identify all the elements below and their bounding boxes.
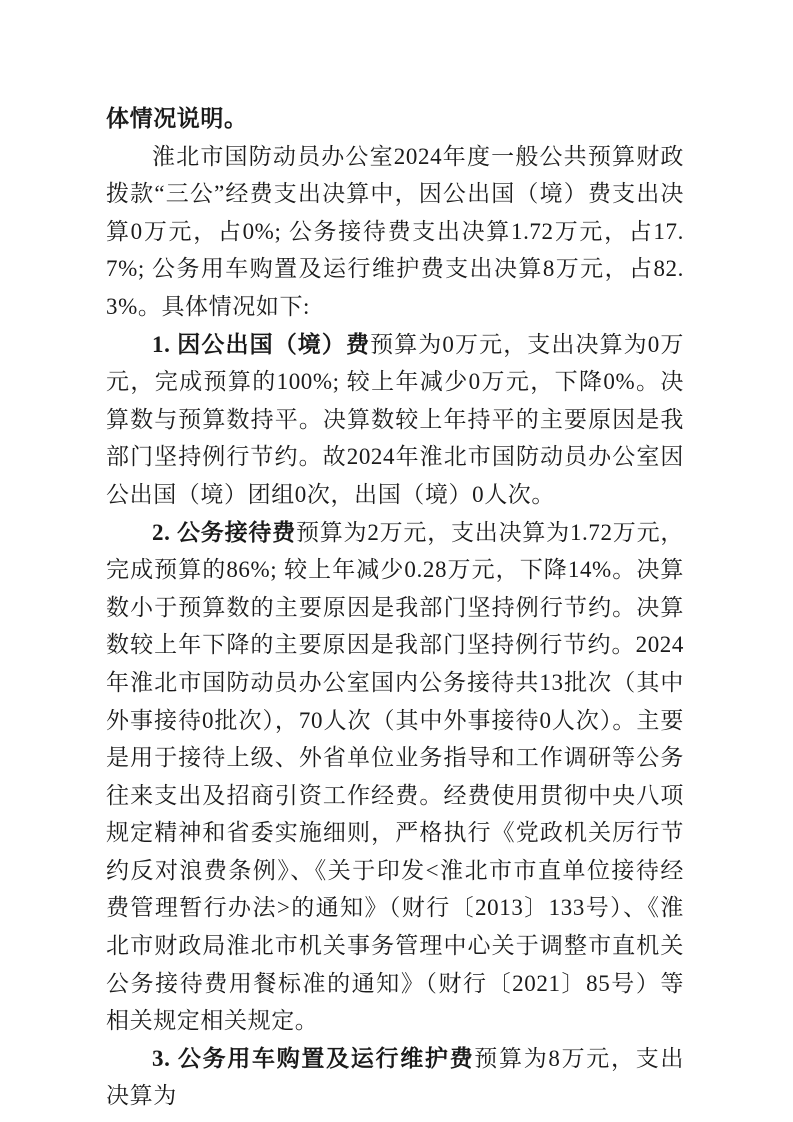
paragraph-item-3-vehicle-fee: 3. 公务用车购置及运行维护费预算为8万元，支出决算为 [106, 1040, 684, 1115]
paragraph-overview-text: 淮北市国防动员办公室2024年度一般公共预算财政拨款“三公”经费支出决算中，因公… [106, 144, 684, 319]
paragraph-item-2-lead: 2. 公务接待费 [152, 520, 296, 545]
section-heading-continuation: 体情况说明。 [106, 100, 684, 138]
paragraph-item-1-abroad-fee: 1. 因公出国（境）费预算为0万元，支出决算为0万元，完成预算的100%; 较上… [106, 326, 684, 514]
paragraph-item-3-lead: 3. 公务用车购置及运行维护费 [152, 1046, 474, 1071]
paragraph-item-1-lead: 1. 因公出国（境）费 [152, 332, 370, 357]
paragraph-overview: 淮北市国防动员办公室2024年度一般公共预算财政拨款“三公”经费支出决算中，因公… [106, 138, 684, 326]
paragraph-item-2-text: 预算为2万元，支出决算为1.72万元，完成预算的86%; 较上年减少0.28万元… [106, 520, 684, 1034]
paragraph-item-1-text: 预算为0万元，支出决算为0万元，完成预算的100%; 较上年减少0万元，下降0%… [106, 332, 684, 507]
document-page: 体情况说明。 淮北市国防动员办公室2024年度一般公共预算财政拨款“三公”经费支… [0, 0, 793, 1122]
document-body: 体情况说明。 淮北市国防动员办公室2024年度一般公共预算财政拨款“三公”经费支… [106, 100, 684, 1115]
paragraph-item-2-reception-fee: 2. 公务接待费预算为2万元，支出决算为1.72万元，完成预算的86%; 较上年… [106, 514, 684, 1040]
